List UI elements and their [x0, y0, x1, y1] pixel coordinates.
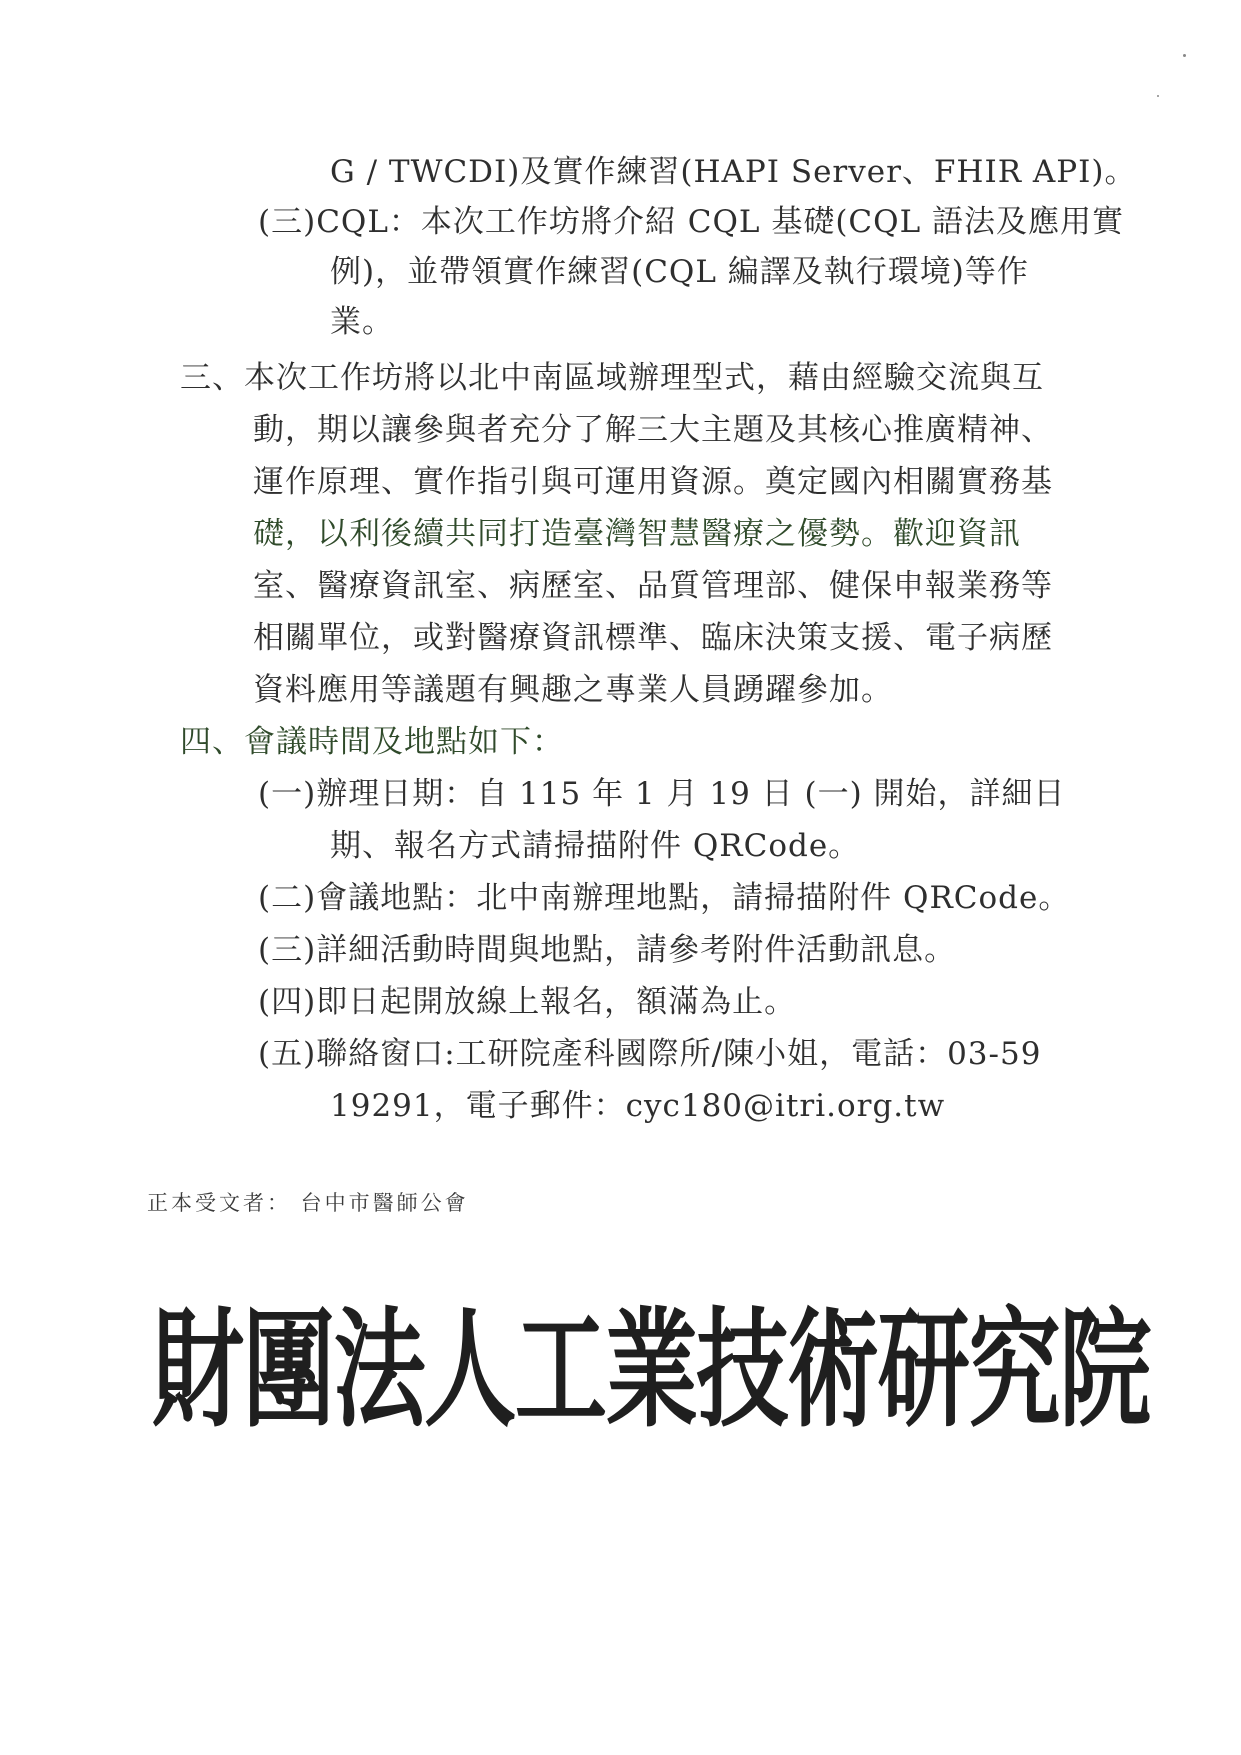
item-5-contact-cont: 19291，電子郵件：cyc180@itri.org.tw	[330, 1086, 945, 1126]
item-3-cql: (三)CQL：本次工作坊將介紹 CQL 基礎(CQL 語法及應用實	[258, 202, 1124, 242]
item-3-details: (三)詳細活動時間與地點，請參考附件活動訊息。	[258, 930, 956, 970]
section-3-line-6: 相關單位，或對醫療資訊標準、臨床決策支援、電子病歷	[253, 618, 1053, 658]
item-4-registration: (四)即日起開放線上報名，額滿為止。	[258, 982, 796, 1022]
section-3-line-3: 運作原理、實作指引與可運用資源。奠定國內相關實務基	[253, 462, 1053, 502]
item-1-date: (一)辦理日期：自 115 年 1 月 19 日 (一) 開始，詳細日	[258, 774, 1066, 814]
item-2-location: (二)會議地點：北中南辦理地點，請掃描附件 QRCode。	[258, 878, 1070, 918]
item-1-date-cont: 期、報名方式請掃描附件 QRCode。	[330, 826, 860, 866]
recipient-line: 正本受文者： 台中市醫師公會	[147, 1187, 469, 1217]
section-3-line-7: 資料應用等議題有興趣之專業人員踴躍參加。	[253, 670, 893, 710]
organization-seal-text: 財團法人工業技術研究院	[152, 1295, 822, 1445]
section-3-heading: 三、本次工作坊將以北中南區域辦理型式，藉由經驗交流與互	[180, 358, 1044, 398]
body-line-4: 業。	[330, 302, 394, 342]
section-3-line-2: 動，期以讓參與者充分了解三大主題及其核心推廣精神、	[253, 410, 1053, 450]
scan-speck	[1183, 54, 1186, 57]
scan-speck	[1157, 95, 1159, 97]
item-5-contact: (五)聯絡窗口:工研院產科國際所/陳小姐，電話：03-59	[258, 1034, 1041, 1074]
section-3-line-4: 礎，以利後續共同打造臺灣智慧醫療之優勢。歡迎資訊	[253, 514, 1021, 554]
body-line-3: 例)，並帶領實作練習(CQL 編譯及執行環境)等作	[330, 252, 1029, 292]
section-3-line-5: 室、醫療資訊室、病歷室、品質管理部、健保申報業務等	[253, 566, 1053, 606]
body-line-1: G / TWCDI)及實作練習(HAPI Server、FHIR API)。	[330, 152, 1137, 192]
section-4-heading: 四、會議時間及地點如下：	[180, 722, 564, 762]
